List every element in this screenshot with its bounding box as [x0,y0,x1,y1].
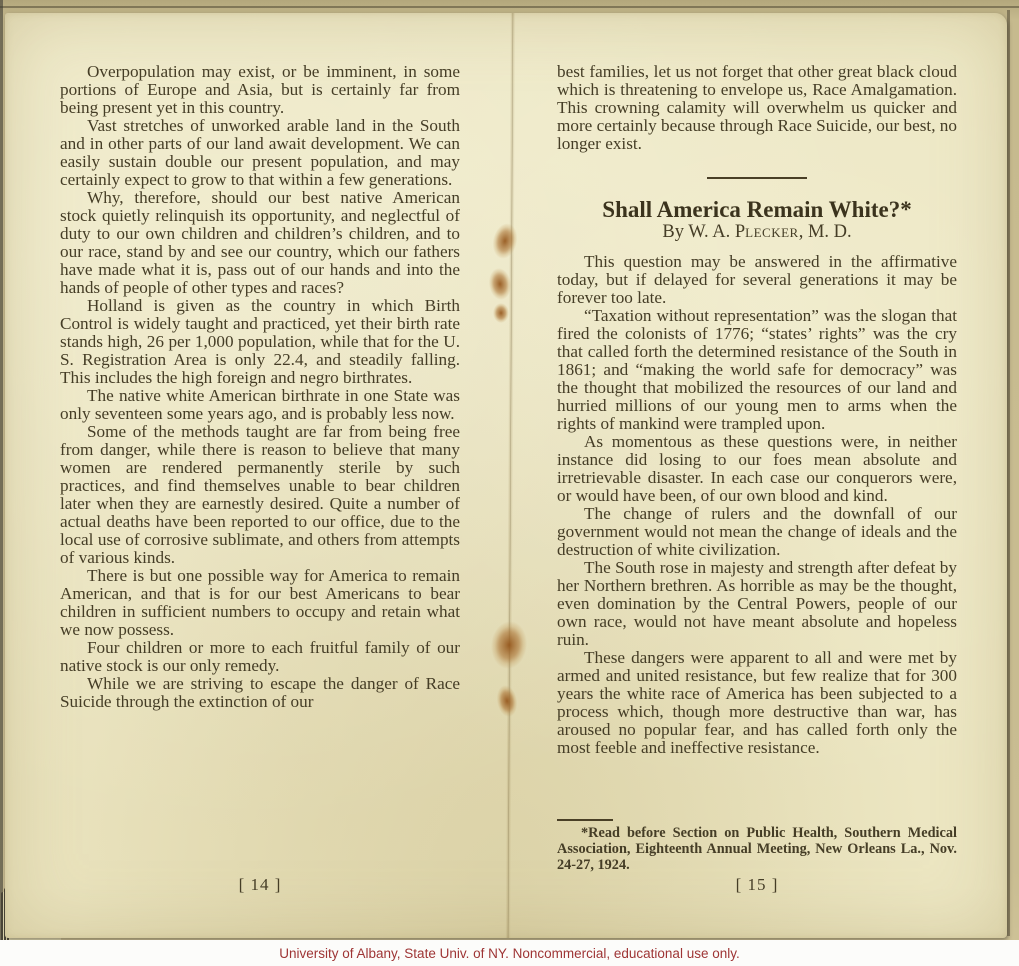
body-paragraph: Why, therefore, should our best native A… [60,189,460,297]
scan-left-edge [0,0,3,940]
body-paragraph: While we are striving to escape the dang… [60,675,460,711]
page-14-text-column: Overpopulation may exist, or be imminent… [60,63,460,711]
body-paragraph: “Taxation without representation” was th… [557,307,957,433]
body-paragraph: Overpopulation may exist, or be imminent… [60,63,460,117]
article-footnote: *Read before Section on Public Health, S… [557,826,957,873]
body-paragraph: Four children or more to each fruitful f… [60,639,460,675]
stain-mark [490,221,521,261]
body-paragraph: The native white American birthrate in o… [60,387,460,423]
body-paragraph: The change of rulers and the downfall of… [557,505,957,559]
scan-top-edge [0,6,1019,8]
body-paragraph-continuation: best families, let us not forget that ot… [557,63,957,153]
body-paragraph: There is but one possible way for Americ… [60,567,460,639]
stain-mark [489,619,530,671]
page-number: [ 14 ] [60,875,460,895]
page-number: [ 15 ] [557,875,957,895]
article-title: Shall America Remain White?* [557,197,957,223]
body-paragraph: As momentous as these questions were, in… [557,433,957,505]
body-paragraph: This question may be answered in the aff… [557,253,957,307]
attribution-caption-bar: University of Albany, State Univ. of NY.… [0,940,1019,966]
page-15-text-column: best families, let us not forget that ot… [557,63,957,757]
stain-mark [494,684,519,719]
center-fold-crease [506,13,516,938]
byline-author-name: lecker [745,222,799,242]
footnote-divider-rule [557,819,613,821]
body-paragraph: Holland is given as the country in which… [60,297,460,387]
body-paragraph: The South rose in majesty and strength a… [557,559,957,649]
stain-mark [493,303,509,323]
section-divider-rule [707,177,807,179]
byline-suffix: , M. D. [799,222,852,242]
footnote-block: *Read before Section on Public Health, S… [557,819,957,873]
body-paragraph: These dangers were apparent to all and w… [557,649,957,757]
page-right-edge-shadow [1007,10,1010,936]
attribution-caption: University of Albany, State Univ. of NY.… [279,946,739,961]
article-byline: By W. A. Plecker, M. D. [557,223,957,241]
byline-prefix: By W. A. P [662,222,745,242]
document-page-spread: Overpopulation may exist, or be imminent… [5,13,1007,938]
body-paragraph: Some of the methods taught are far from … [60,423,460,567]
body-paragraph: Vast stretches of unworked arable land i… [60,117,460,189]
scanned-pamphlet: Overpopulation may exist, or be imminent… [0,0,1019,966]
